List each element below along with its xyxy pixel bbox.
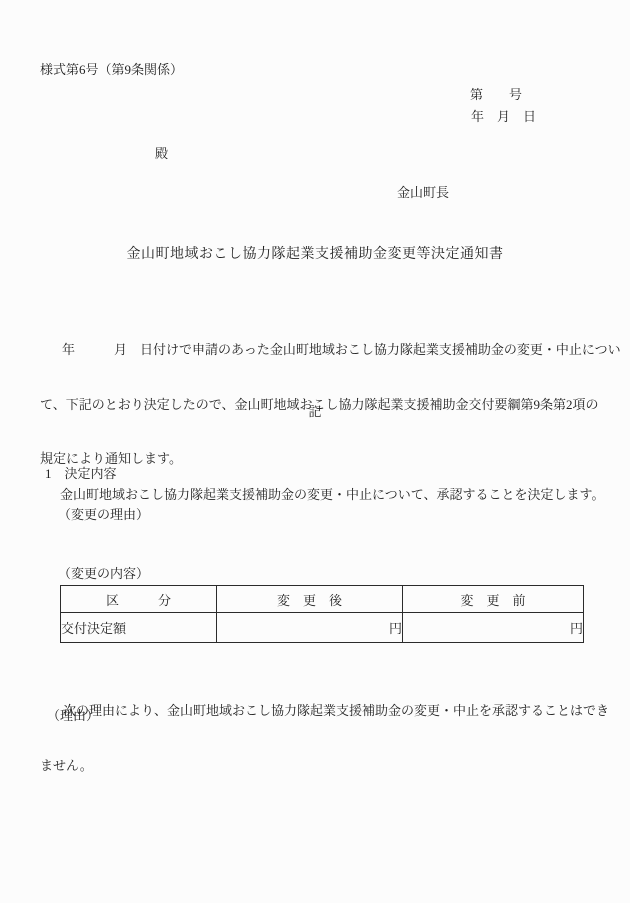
table-row: 交付決定額 円 円 xyxy=(61,613,584,643)
date-line: 年 月 日 xyxy=(471,109,536,126)
after-change-unit: 円 xyxy=(389,621,402,636)
rejection-line-1: 次の理由により、金山町地域おこし協力隊起業支援補助金の変更・中止を承認することは… xyxy=(40,700,609,721)
change-content-table: 区 分 変 更 後 変 更 前 交付決定額 円 円 xyxy=(60,585,584,643)
form-number-label: 様式第6号（第9条関係） xyxy=(40,62,183,79)
section1-decision-line: 金山町地域おこし協力隊起業支援補助金の変更・中止について、承認することを決定しま… xyxy=(60,487,604,504)
before-change-amount-cell: 円 xyxy=(403,613,584,643)
reason-label: （理由） xyxy=(47,708,99,725)
before-change-unit: 円 xyxy=(570,621,583,636)
body-line-1: 年 月 日付けで申請のあった金山町地域おこし協力隊起業支援補助金の変更・中止につ… xyxy=(40,339,621,360)
rejection-paragraph: 次の理由により、金山町地域おこし協力隊起業支援補助金の変更・中止を承認することは… xyxy=(40,666,609,809)
record-marker: 記 xyxy=(0,404,630,421)
change-reason-label: （変更の理由） xyxy=(58,507,149,524)
rejection-line-2: ません。 xyxy=(40,755,609,776)
document-number-line: 第 号 xyxy=(470,87,522,104)
table-header-after-change: 変 更 後 xyxy=(217,586,403,613)
body-line-3: 規定により通知します。 xyxy=(40,448,621,469)
table-header-category: 区 分 xyxy=(61,586,217,613)
sender-title: 金山町長 xyxy=(397,185,449,202)
section1-heading: 1 決定内容 xyxy=(45,466,117,483)
table-header-row: 区 分 変 更 後 変 更 前 xyxy=(61,586,584,613)
table-header-before-change: 変 更 前 xyxy=(403,586,584,613)
addressee-honorific: 殿 xyxy=(155,146,168,163)
change-content-label: （変更の内容） xyxy=(58,566,149,583)
document-title: 金山町地域おこし協力隊起業支援補助金変更等決定通知書 xyxy=(0,246,630,264)
after-change-amount-cell: 円 xyxy=(217,613,403,643)
row-label-grant-amount: 交付決定額 xyxy=(61,613,217,643)
document-page: 様式第6号（第9条関係） 第 号 年 月 日 殿 金山町長 金山町地域おこし協力… xyxy=(0,0,630,903)
